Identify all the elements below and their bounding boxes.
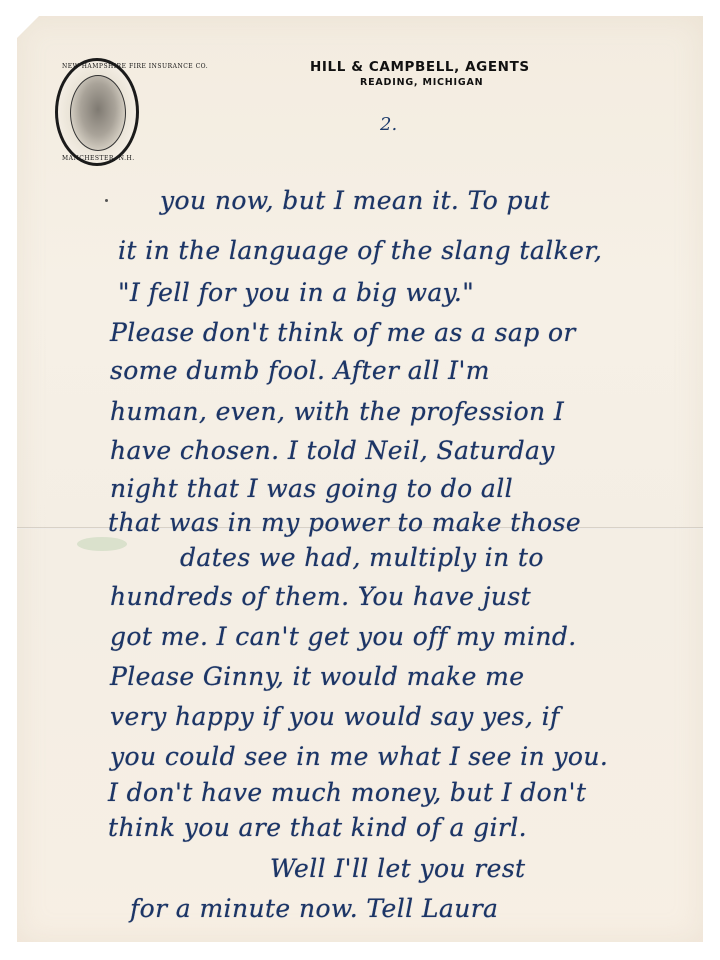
handwritten-line: that was in my power to make those: [108, 508, 581, 537]
letter-page: NEW HAMPSHIRE FIRE INSURANCE CO. MANCHES…: [17, 16, 703, 942]
handwritten-line: you could see in me what I see in you.: [110, 742, 608, 771]
handwritten-line: some dumb fool. After all I'm: [110, 356, 490, 385]
handwritten-line: Well I'll let you rest: [270, 854, 526, 883]
handwritten-line: night that I was going to do all: [110, 474, 513, 503]
handwritten-line: think you are that kind of a girl.: [108, 813, 527, 842]
handwritten-line: Please Ginny, it would make me: [110, 662, 524, 691]
handwritten-body: you now, but I mean it. To put it in the…: [17, 16, 703, 942]
handwritten-line: I don't have much money, but I don't: [108, 778, 586, 807]
handwritten-line: dates we had, multiply in to: [180, 543, 544, 572]
handwritten-line: Please don't think of me as a sap or: [110, 318, 576, 347]
handwritten-line: it in the language of the slang talker,: [118, 236, 602, 265]
handwritten-line: you now, but I mean it. To put: [160, 186, 550, 215]
handwritten-line: hundreds of them. You have just: [110, 582, 531, 611]
handwritten-line: for a minute now. Tell Laura: [130, 894, 498, 923]
handwritten-line: human, even, with the profession I: [110, 397, 564, 426]
handwritten-line: very happy if you would say yes, if: [110, 702, 560, 731]
handwritten-line: have chosen. I told Neil, Saturday: [110, 436, 555, 465]
handwritten-line: got me. I can't get you off my mind.: [110, 622, 577, 651]
handwritten-line: "I fell for you in a big way.": [118, 278, 474, 307]
